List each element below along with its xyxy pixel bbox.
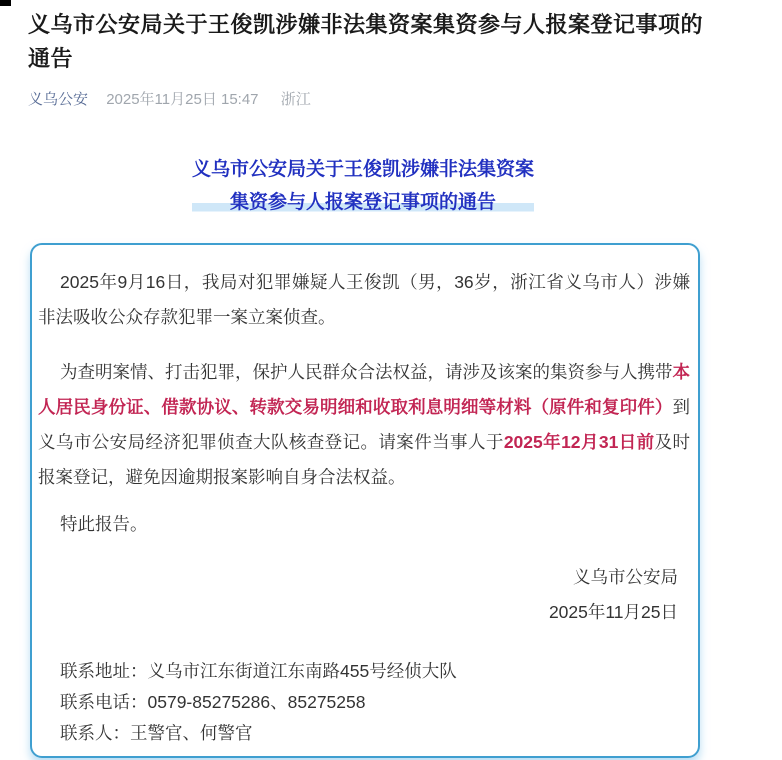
- page-title: 义乌市公安局关于王俊凯涉嫌非法集资案集资参与人报案登记事项的通告: [28, 8, 718, 76]
- publish-datetime: 2025年11月25日 15:47: [106, 91, 258, 108]
- notice-heading-line1: 义乌市公安局关于王俊凯涉嫌非法集资案: [28, 153, 698, 186]
- author-link[interactable]: 义乌公安: [28, 91, 88, 108]
- article-page: 义乌市公安局关于王俊凯涉嫌非法集资案集资参与人报案登记事项的通告 义乌公安 20…: [0, 0, 782, 758]
- notice-heading-line2: 集资参与人报案登记事项的通告: [28, 186, 698, 219]
- contact-person: 联系人：王警官、何警官: [38, 718, 690, 749]
- instructions-text-1: 为查明案情、打击犯罪，保护人民群众合法权益，请涉及该案的集资参与人携带: [60, 362, 673, 382]
- paragraph-case-filing: 2025年9月16日，我局对犯罪嫌疑人王俊凯（男，36岁，浙江省义乌市人）涉嫌非…: [38, 265, 690, 335]
- signature-block: 义乌市公安局 2025年11月25日: [38, 560, 690, 630]
- contact-address: 联系地址：义乌市江东街道江东南路455号经侦大队: [38, 656, 690, 687]
- notice-heading: 义乌市公安局关于王俊凯涉嫌非法集资案 集资参与人报案登记事项的通告: [28, 153, 698, 219]
- notice-heading-line1-text: 义乌市公安局关于王俊凯涉嫌非法集资案: [192, 159, 534, 180]
- paragraph-conclusion: 特此报告。: [38, 507, 690, 542]
- contact-phone: 联系电话：0579-85275286、85275258: [38, 687, 690, 718]
- signature-organization: 义乌市公安局: [38, 560, 678, 595]
- contact-block: 联系地址：义乌市江东街道江东南路455号经侦大队 联系电话：0579-85275…: [38, 656, 690, 749]
- notice-heading-line2-text: 集资参与人报案登记事项的通告: [192, 192, 534, 213]
- publish-location: 浙江: [281, 91, 311, 108]
- paragraph-registration-instructions: 为查明案情、打击犯罪，保护人民群众合法权益，请涉及该案的集资参与人携带本人居民身…: [38, 355, 690, 495]
- deadline-text: 2025年12月31日前: [504, 432, 655, 452]
- notice-box: 2025年9月16日，我局对犯罪嫌疑人王俊凯（男，36岁，浙江省义乌市人）涉嫌非…: [30, 243, 700, 758]
- signature-date: 2025年11月25日: [38, 595, 678, 630]
- article-meta: 义乌公安 2025年11月25日 15:47 浙江: [28, 88, 782, 109]
